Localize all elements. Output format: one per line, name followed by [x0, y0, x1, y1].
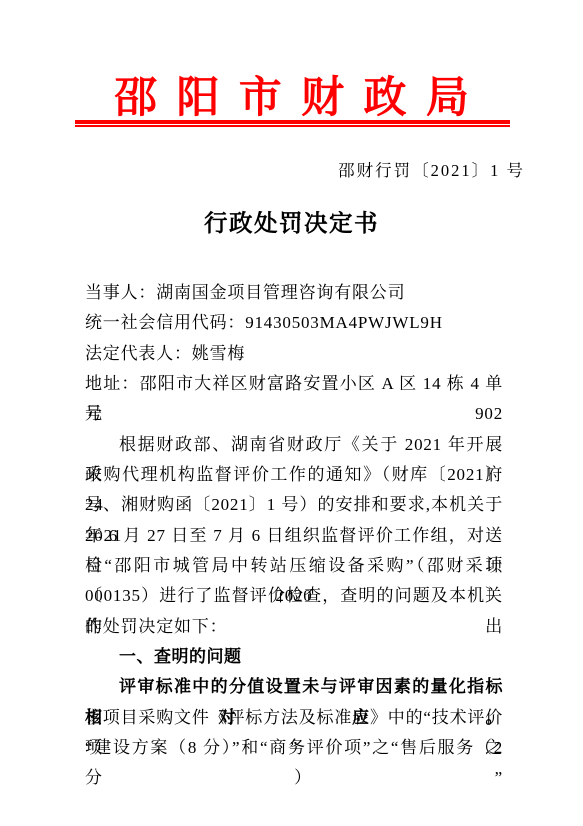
line-credit-code: 统一社会信用代码：91430503MA4PWJWL9H	[85, 308, 503, 338]
document-body: 当事人：湖南国金项目管理咨询有限公司 统一社会信用代码：91430503MA4P…	[85, 278, 503, 763]
line-intro-6: 000135）进行了监督评价检查，查明的问题及本机关作出	[85, 581, 503, 611]
divider-thin-rule	[75, 125, 510, 127]
letterhead-agency-name: 邵阳市财政局	[0, 64, 583, 125]
line-intro-3: 号、湘财购函〔2021〕1 号）的安排和要求,本机关于 2021	[85, 490, 503, 520]
line-section-heading: 一、查明的问题	[85, 642, 503, 672]
document-number: 邵财行罚〔2021〕1 号	[338, 157, 525, 181]
line-finding-summary: 评审标准中的分值设置未与评审因素的量化指标相对应。	[85, 672, 503, 702]
line-finding-detail-2: “建设方案（8 分）”和“商务评价项”之“售后服务（2 分）”	[85, 733, 503, 763]
line-legal-representative: 法定代表人：姚雪梅	[85, 339, 503, 369]
line-finding-detail-1: 该项目采购文件《评标方法及标准表》中的“技术评价项”之	[85, 703, 503, 733]
document-title: 行政处罚决定书	[0, 204, 583, 238]
line-intro-1: 根据财政部、湖南省财政厅《关于 2021 年开展政府	[85, 430, 503, 460]
line-party: 当事人：湖南国金项目管理咨询有限公司	[85, 278, 503, 308]
document-page: 邵阳市财政局 邵财行罚〔2021〕1 号 行政处罚决定书 当事人：湖南国金项目管…	[0, 0, 583, 826]
line-intro-2: 采购代理机构监督评价工作的通知》（财库〔2021〕24	[85, 460, 503, 490]
letterhead-divider-line	[75, 120, 510, 127]
line-intro-4: 年 6 月 27 日至 7 月 6 日组织监督评价工作组，对送检项	[85, 521, 503, 551]
line-intro-5: 目“邵阳市城管局中转站压缩设备采购”（邵财采计〔2020〕	[85, 551, 503, 581]
line-address: 地址：邵阳市大祥区财富路安置小区 A 区 14 栋 4 单元 902	[85, 369, 503, 399]
